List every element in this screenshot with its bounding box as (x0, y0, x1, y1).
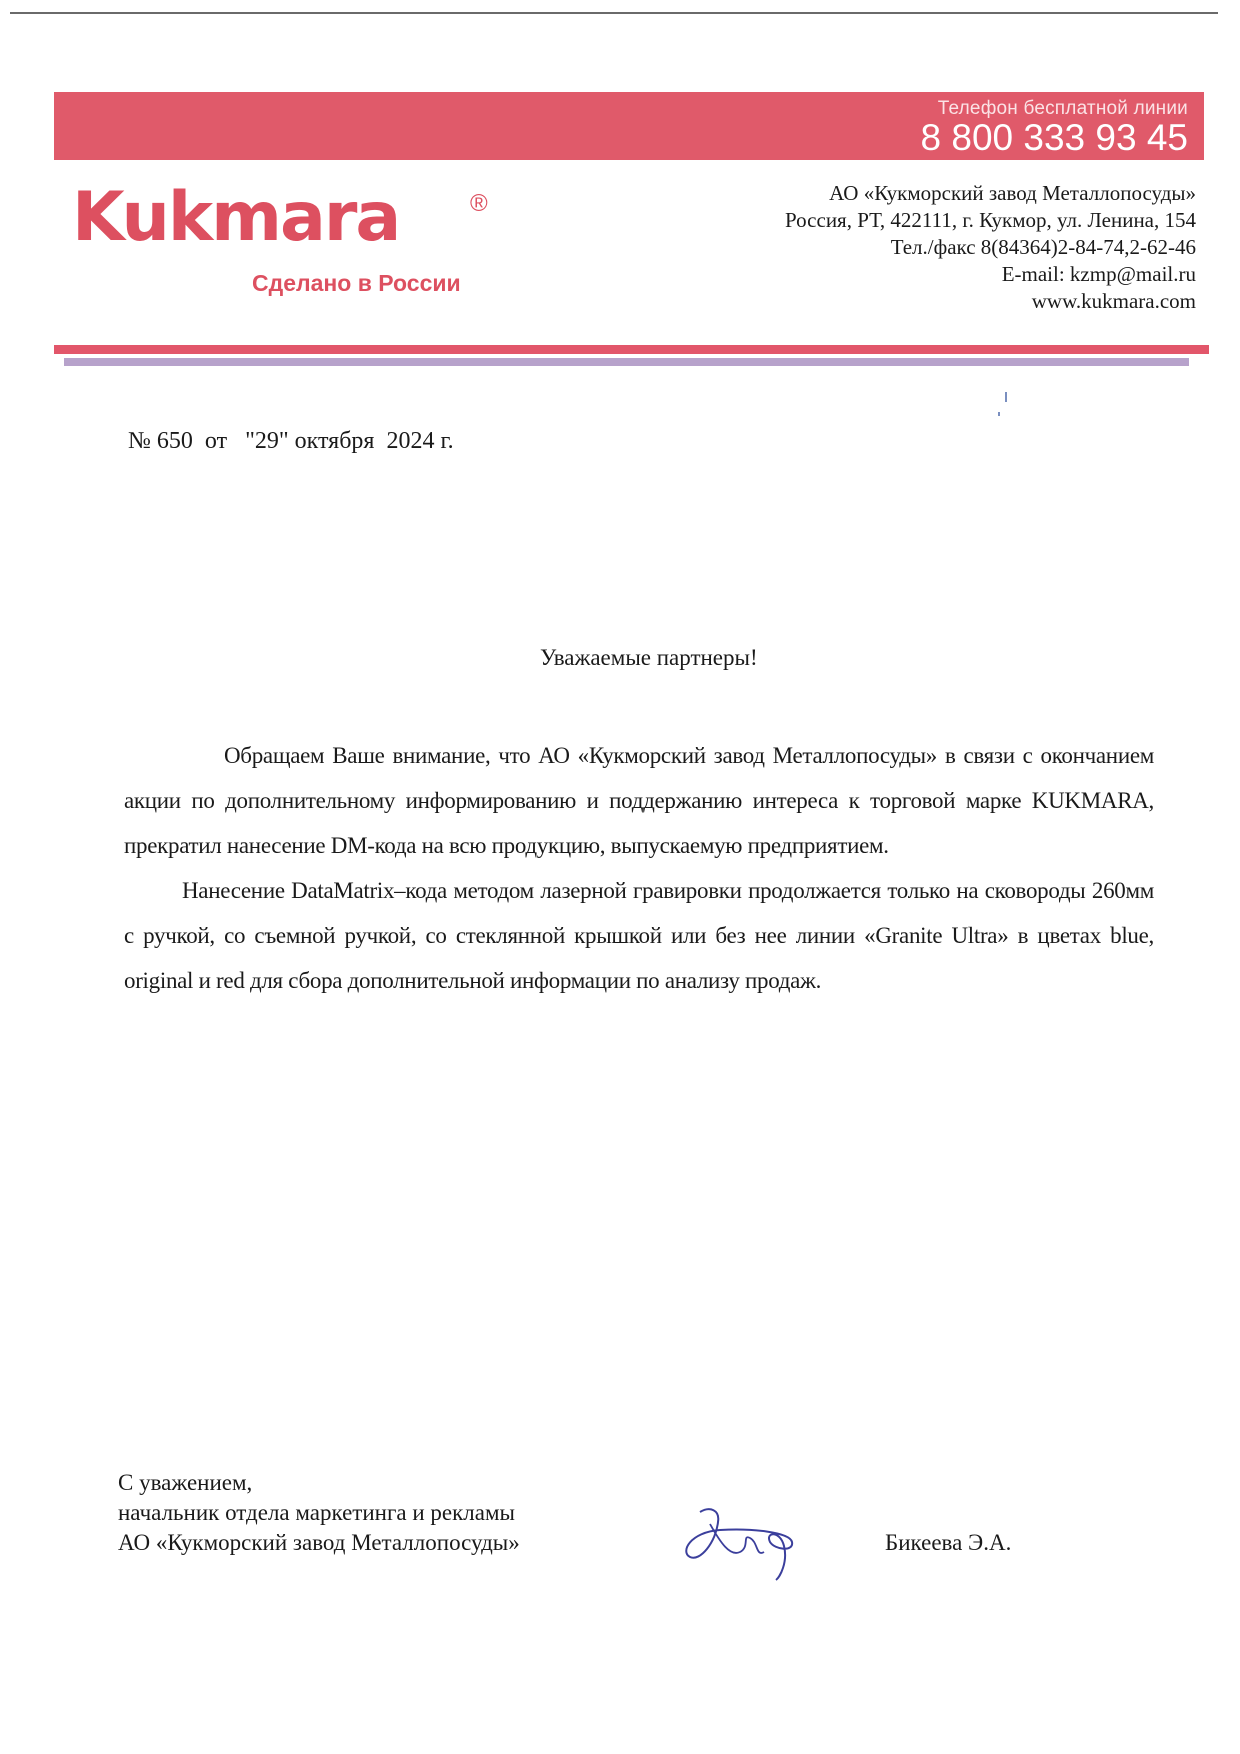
signer-company: АО «Кукморский завод Металлопосуды» (118, 1528, 520, 1558)
company-website: www.kukmara.com (785, 288, 1196, 315)
divider-purple (64, 358, 1189, 366)
signer-name: Бикеева Э.А. (885, 1530, 1011, 1556)
signer-position: начальник отдела маркетинга и рекламы (118, 1498, 520, 1528)
company-email: E-mail: kzmp@mail.ru (785, 261, 1196, 288)
signature-icon (680, 1502, 810, 1582)
company-phone-fax: Тел./факс 8(84364)2-84-74,2-62-46 (785, 234, 1196, 261)
document-number-date: № 650 от "29" октября 2024 г. (128, 428, 454, 455)
hotline-banner: Телефон бесплатной линии 8 800 333 93 45 (54, 92, 1204, 160)
scan-mark (1005, 392, 1007, 402)
closing-block: С уважением, начальник отдела маркетинга… (118, 1468, 520, 1558)
registered-mark-icon: ® (470, 190, 488, 218)
letter-greeting: Уважаемые партнеры! (540, 645, 758, 671)
brand-logo: Kukmara (72, 178, 399, 258)
brand-slogan: Сделано в России (252, 270, 461, 297)
closing-regards: С уважением, (118, 1468, 520, 1498)
body-paragraph-1: Обращаем Ваше внимание, что АО «Кукморск… (124, 733, 1154, 868)
company-address: Россия, РТ, 422111, г. Кукмор, ул. Ленин… (785, 207, 1196, 234)
scan-mark (998, 412, 1000, 416)
company-name: АО «Кукморский завод Металлопосуды» (785, 180, 1196, 207)
divider-red (54, 345, 1209, 354)
hotline-phone: 8 800 333 93 45 (921, 118, 1188, 158)
letter-body: Обращаем Ваше внимание, что АО «Кукморск… (124, 733, 1154, 1003)
company-contact-block: АО «Кукморский завод Металлопосуды» Росс… (785, 180, 1196, 315)
scan-edge-line (10, 12, 1218, 14)
body-paragraph-2: Нанесение DataMatrix–кода методом лазерн… (124, 868, 1154, 1003)
